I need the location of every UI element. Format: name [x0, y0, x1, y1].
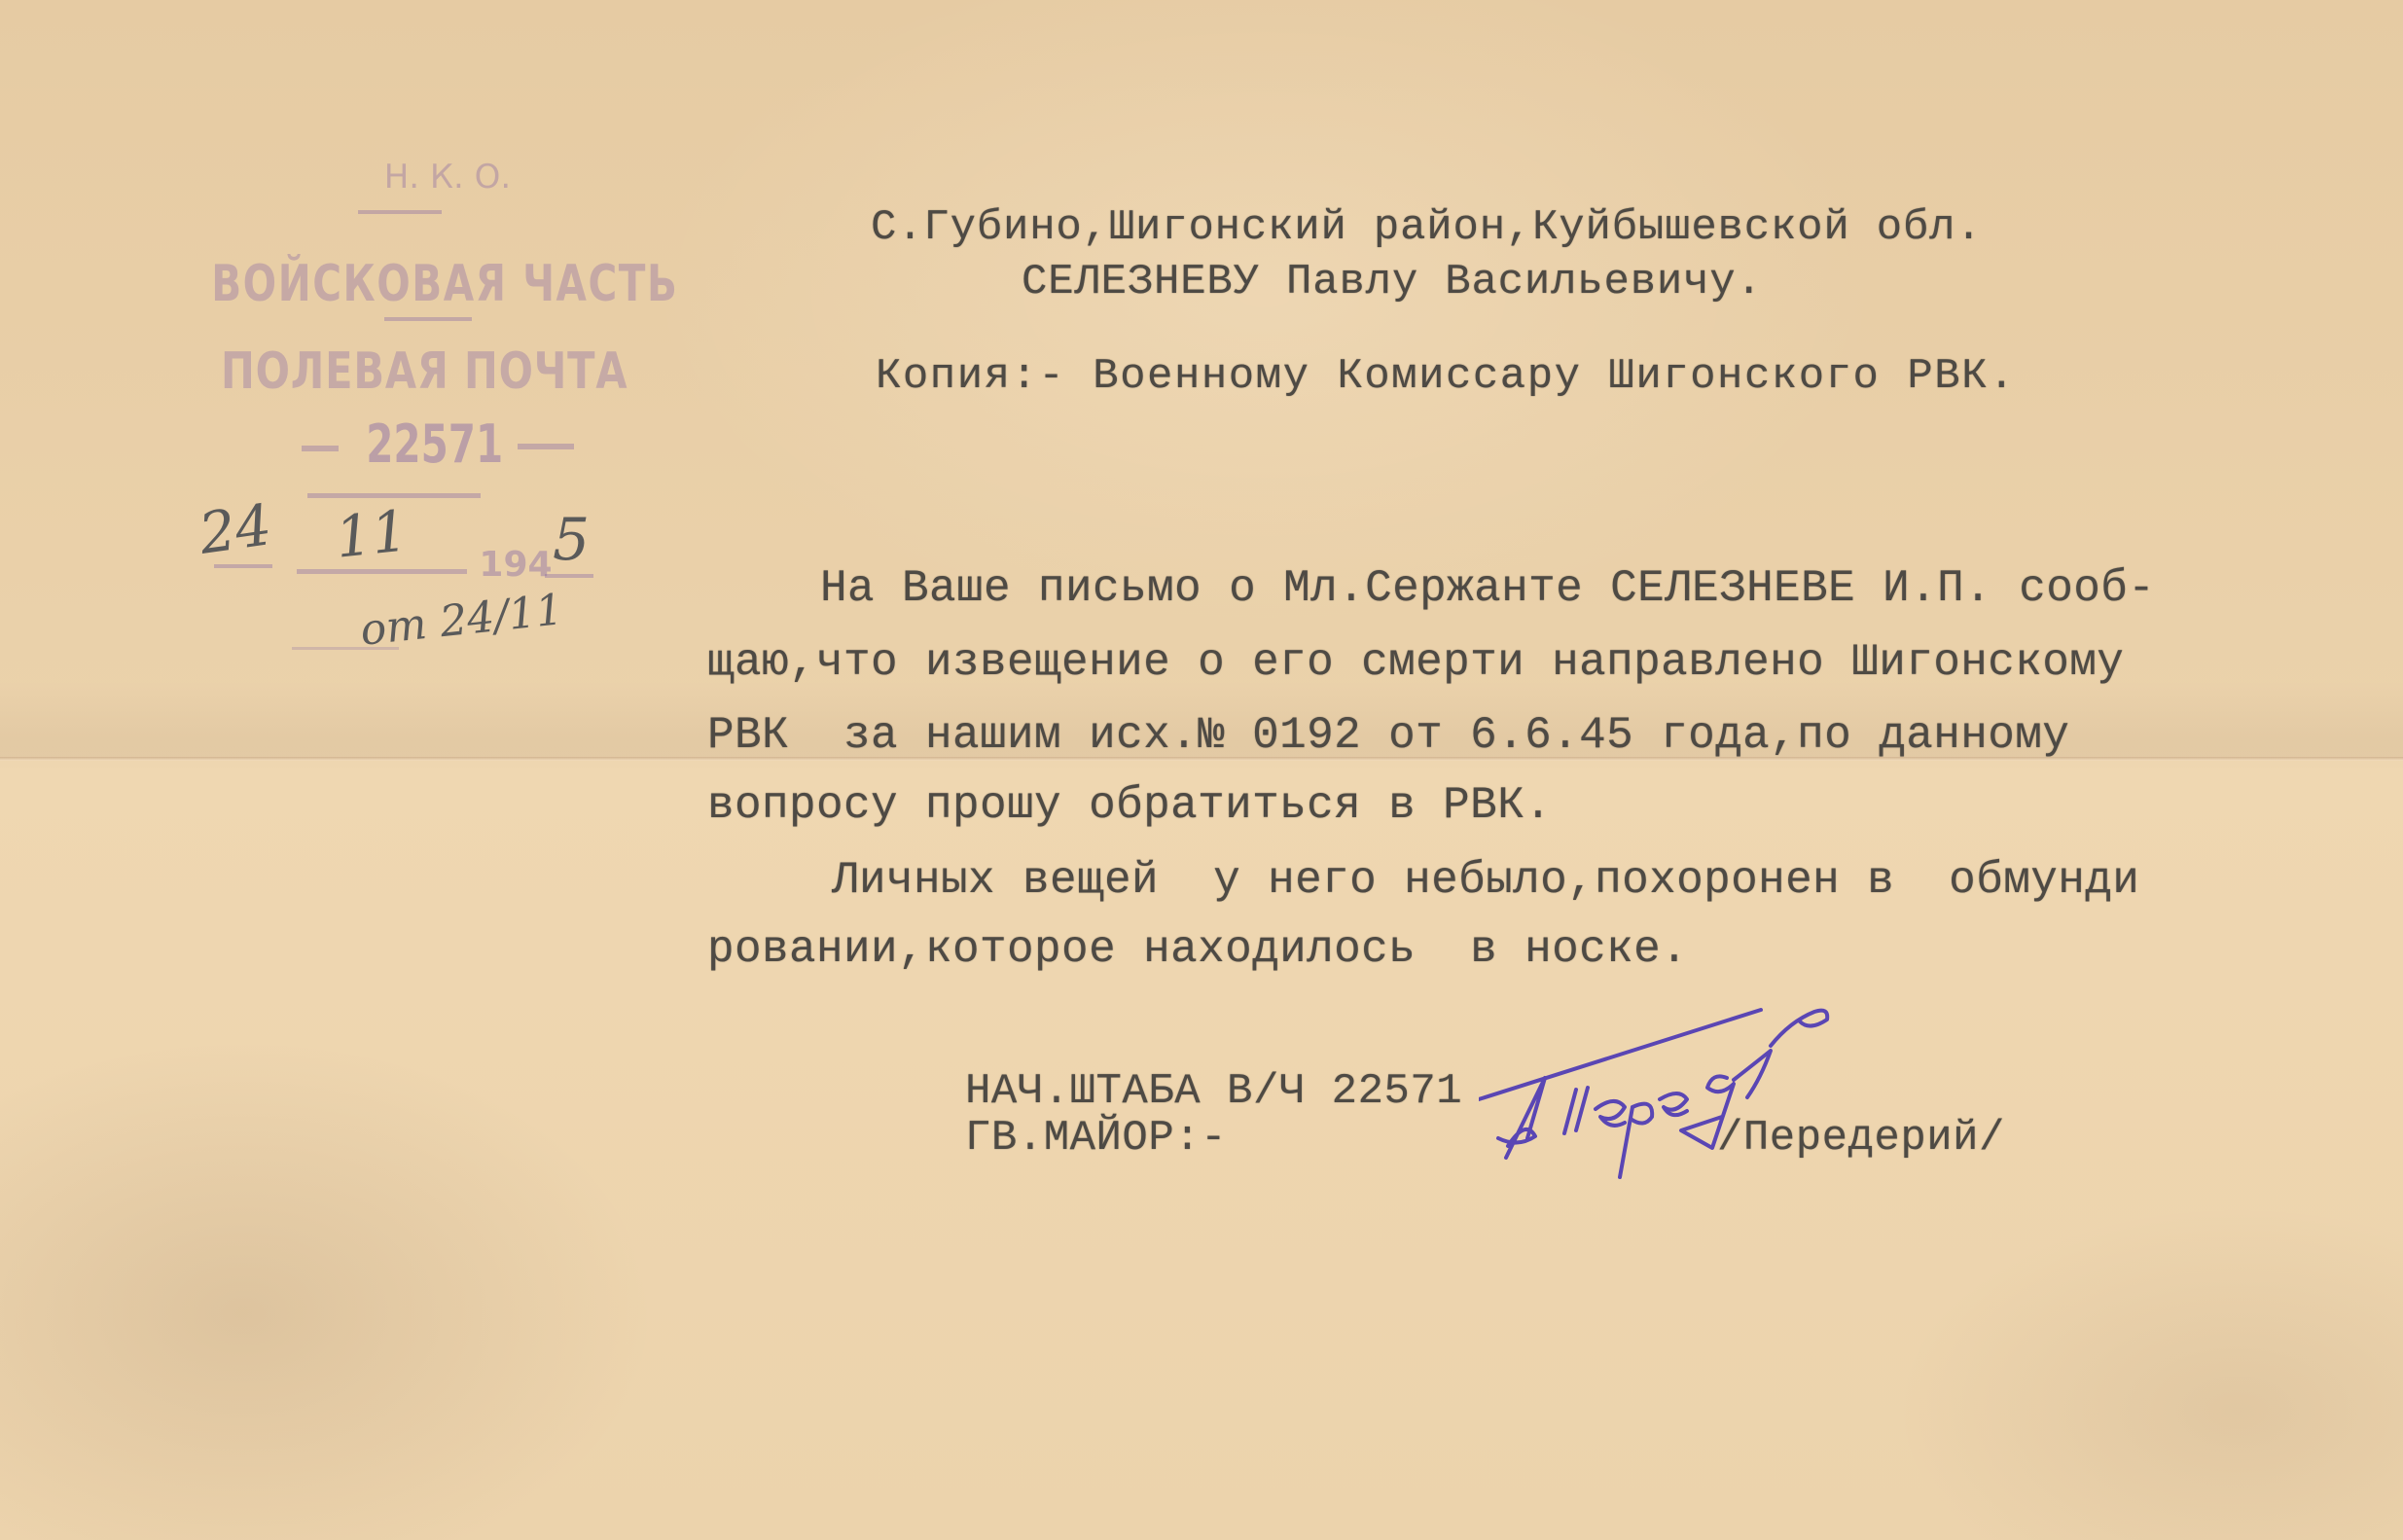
handwritten-year-digit: 5 — [553, 506, 590, 574]
handwritten-day: 24 — [196, 491, 276, 567]
stamp-date-line — [545, 574, 593, 578]
body-line: Личных вещей у него небыло,похоронен в о… — [832, 858, 2139, 903]
stamp-year: 194 — [477, 545, 555, 585]
stamp-divider — [384, 317, 472, 321]
stamp-dash-left — [302, 446, 339, 451]
body-line: ровании,которое находилось в носке. — [707, 927, 1688, 972]
address-line-1: С.Губино,Шигонский район,Куйбышевской об… — [871, 206, 1983, 249]
address-recipient: СЕЛЕЗНЕВУ Павлу Васильевичу. — [1022, 261, 1763, 304]
body-line: РВК за нашим исх.№ 0192 от 6.6.45 года,п… — [707, 713, 2069, 758]
stamp-line-nko: Н. К. О. — [321, 158, 574, 197]
stamp-line-unit: ВОЙСКОВАЯ ЧАСТЬ — [211, 255, 606, 313]
body-line: щаю,что извещение о его смерти направлен… — [707, 640, 2124, 685]
stamp-date-line — [297, 569, 467, 574]
address-copy: Копия:- Военному Комиссару Шигонского РВ… — [876, 355, 2016, 398]
body-line: вопросу прошу обратиться в РВК. — [707, 783, 1552, 828]
handwritten-reference: от 24/11 — [358, 585, 565, 656]
stamp-underline — [307, 493, 481, 498]
document-page: Н. К. О. ВОЙСКОВАЯ ЧАСТЬ ПОЛЕВАЯ ПОЧТА 2… — [0, 0, 2403, 1540]
handwritten-signature — [1479, 1002, 1887, 1206]
handwritten-month: 11 — [333, 497, 412, 570]
signatory-title: НАЧ.ШТАБА В/Ч 22571 — [965, 1070, 1462, 1113]
stamp-number: 22571 — [366, 413, 490, 475]
stamp-divider — [358, 210, 442, 214]
stamp-dash-right — [518, 444, 574, 449]
body-line: На Ваше письмо о Мл.Сержанте СЕЛЕЗНЕВЕ И… — [820, 566, 2155, 611]
stamp-line-post: ПОЛЕВАЯ ПОЧТА — [221, 342, 626, 401]
stamp-date-line — [214, 564, 272, 568]
signatory-rank: ГВ.МАЙОР:- — [965, 1117, 1227, 1160]
